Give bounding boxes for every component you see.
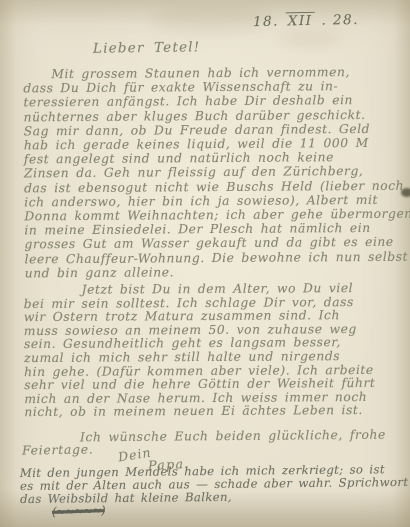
- date: 18. XII . 28.: [253, 12, 359, 30]
- handwritten-line: leere Chauffeur-Wohnung. Die bewohne ich…: [25, 249, 410, 266]
- handwritten-line: nicht, ob in meinem neuen Ei ächtes Lebe…: [24, 404, 375, 420]
- paragraph-2: Jetzt bist Du in dem Alter, wo Du viel b…: [24, 282, 376, 420]
- handwritten-line: und bin ganz alleine.: [25, 263, 410, 280]
- date-day: 18.: [253, 14, 279, 31]
- paragraph-1: Mit grossem Staunen hab ich vernommen, d…: [23, 65, 410, 281]
- date-year: . 28.: [321, 12, 359, 29]
- closing-wish-line-2: Feiertage.: [22, 442, 94, 457]
- postscript: Mit den jungen Mendels habe ich mich zer…: [20, 463, 409, 507]
- paper-stain: [280, 30, 340, 48]
- letter-page: 18. XII . 28. Lieber Tetel! Mit grossem …: [0, 0, 410, 527]
- date-month-roman: XII: [286, 12, 315, 30]
- crossed-out-word: (≈≈≈≈≈): [52, 503, 105, 519]
- closing-wish-line-1: Ich wünsche Euch beiden glückliche, froh…: [80, 428, 386, 445]
- handwritten-line: hab ich gerade keines liquid, weil die 1…: [24, 136, 410, 153]
- salutation: Lieber Tetel!: [93, 39, 201, 56]
